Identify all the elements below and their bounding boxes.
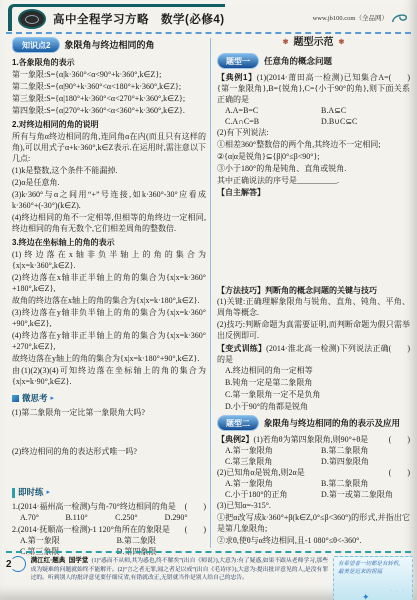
quadrant4-formula: 第四象限:S={α|270°+k·360°<α<360°+k·360°,k∈Z}… [12, 105, 206, 116]
method-skill-label: 【方法技巧】 [217, 286, 265, 295]
example1-label: 【典例1】 [217, 73, 257, 82]
axis-case1: (1)终边落在x轴非负半轴上的角的集合为{x|x=k·360°,k∈Z}. [12, 249, 206, 271]
option-b: B.第二象限角 [321, 445, 410, 456]
section2-note1: (1)k是整数,这个条件不能漏掉. [12, 165, 206, 176]
option-a: A.A=B=C [225, 105, 321, 116]
column-divider [210, 38, 211, 548]
drill-q2-options: A.第一象限 B.第二象限 C.第三象限 D.第四象限 [12, 535, 206, 557]
example2-q2-options: A.第一象限角 B.第二象限角 C.小于180°的正角 D.第一或第二象限角 [217, 478, 410, 500]
site-url: www.jb100.com（全品网） [313, 13, 388, 22]
example2-q3-part2: ②求θ,使θ与α终边相同,且-1 080°≤θ<-360°. [217, 535, 410, 546]
option-b: B.第二象限角 [321, 478, 410, 489]
micro-think-badge: 微思考 [22, 393, 48, 404]
method-skill-title: 判断角的概念问题的关键与技巧 [265, 286, 377, 295]
section1-title: 1.各象限角的表示 [12, 57, 206, 68]
option-c: C.第三象限角 [225, 456, 321, 467]
fill-blank-line: 其中正确说法的序号是__________. [217, 175, 410, 186]
think-icon [12, 395, 19, 402]
section2-note3: (3)k·360°与α之间用“+”号连接,如k·360°-30°应看成k·360… [12, 189, 206, 211]
star-icon: ✦ [362, 593, 370, 600]
statement-1: ①相差360°整数倍的两个角,其终边不一定相同; [217, 139, 410, 150]
demo-section-header: ✾ 题型示范 ✾ [217, 37, 410, 48]
flower-deco-icon: ✾ [339, 37, 345, 48]
drill-q2-answer-blank: ( ) [185, 524, 206, 535]
statement-3: ③小于180°的角是钝角、直角或锐角. [217, 163, 410, 174]
demo-column: ✾ 题型示范 ✾ 题型一 任意角的概念问题 ( ) 【典例1】(1)(2014·… [217, 37, 410, 547]
option-a: A.第一象限 [20, 535, 117, 546]
option-b: B.110° [65, 512, 115, 523]
option-d: D.第一或第二象限角 [321, 489, 410, 500]
axis-case3: (3)终边落在y轴非负半轴上的角的集合为{x|x=k·360°+90°,k∈Z}… [12, 307, 206, 329]
drill-question-1: 1.(2014·福州高一检测)与角-70°终边相同的角是 ( ) [12, 501, 206, 512]
option-b: B.A⊆C [321, 105, 410, 116]
flower-deco-icon: ✾ [283, 37, 289, 48]
self-answer-label: 【自主解答】 [217, 187, 410, 198]
option-d: D.小于90°的角都是锐角 [217, 401, 410, 412]
instant-drill-badge: 即时练 [18, 487, 44, 498]
think-question-2: (2)终边相同的角的表达形式唯一吗? [12, 446, 206, 457]
footer-divider [6, 551, 411, 553]
axis-case4: (4)终边落在y轴非正半轴上的角的集合为{x|x=k·360°+270°,k∈Z… [12, 330, 206, 352]
option-a: A.第一象限角 [225, 445, 321, 456]
type2-title: 象限角与终边相同的角的表示及应用 [264, 418, 400, 429]
example2-q2: ( ) (2)已知角α是锐角,则2α是 [217, 467, 410, 478]
variation-answer-blank: ( ) [389, 343, 410, 354]
axis-summary: 由(1)(2)(3)(4)可知终边落在坐标轴上的角的集合为{x|x=k·90°,… [12, 365, 206, 387]
knowledge-point-header: 知识点2 象限角与终边相同的角 [12, 37, 206, 53]
variation-label: 【变式训练】 [217, 344, 266, 353]
example2-q3: (3)已知α=-315°. [217, 500, 410, 511]
skill-tip: (2)技巧:判断命题为真需要证明,而判断命题为假只需举出反例即可. [217, 319, 410, 341]
bookmark-bar-icon [12, 488, 15, 498]
quadrant3-formula: 第三象限:S={α|180°+k·360°<α<270°+k·360°,k∈Z}… [12, 93, 206, 104]
section2-note2: (2)α是任意角. [12, 177, 206, 188]
type2-badge: 题型二 [217, 415, 259, 431]
axis-case4b: 故终边落在y轴上的角的集合为{x|x=k·180°+90°,k∈Z}. [12, 353, 206, 364]
axis-case2b: 故角的终边落在x轴上的角的集合为{x|x=k·180°,k∈Z}. [12, 295, 206, 306]
option-a: A.70° [20, 512, 65, 523]
option-d: D.290° [165, 512, 206, 523]
knowledge-point-badge: 知识点2 [12, 37, 60, 53]
footer-note: 满江红·题典 国学堂 (1)“惑而不从师,其为惑也,终不解矣”(出自《师说》),… [31, 556, 328, 583]
textbook-page: 高中全程学习方略 数学(必修4) www.jb100.com（全品网） 知识点2… [0, 0, 417, 600]
option-c: C.250° [115, 512, 165, 523]
option-c: C.A∩C=B [225, 116, 321, 127]
corner-note-line2: 最美是迟来的祝福 [338, 568, 408, 576]
example2-q1-options: A.第一象限角 B.第二象限角 C.第三象限角 D.第四象限角 [217, 445, 410, 467]
example2-q1-answer-blank: ( ) [389, 434, 410, 445]
drill-q2-stem: 2.(2014·抚顺高一检测)-1 120°角所在的象限是 [12, 524, 170, 535]
drill-q1-options: A.70° B.110° C.250° D.290° [12, 512, 206, 523]
type1-badge: 题型一 [217, 53, 259, 69]
header-brand: 高中全程学习方略 数学(必修4) [8, 4, 225, 31]
knowledge-column: 知识点2 象限角与终边相同的角 1.各象限角的表示 第一象限:S={α|k·36… [12, 37, 206, 557]
type2-header: 题型二 象限角与终边相同的角的表示及应用 [217, 415, 410, 431]
header-site: www.jb100.com（全品网） [313, 11, 409, 24]
option-d: D.第四象限角 [321, 456, 410, 467]
header-divider [6, 32, 411, 34]
logo-inner-ring [25, 15, 39, 24]
statement-2: ②{α|α是锐角}⊆{β|0°≤β<90°}; [217, 151, 410, 162]
example2-q3-part1: ①把α改写成k·360°+β(k∈Z,0°≤β<360°)的形式,并指出它是第几… [217, 512, 410, 534]
method-skill-block: 【方法技巧】判断角的概念问题的关键与技巧 [217, 285, 410, 296]
axis-case2: (2)终边落在x轴非正半轴上的角的集合为{x|x=k·360°+180°,k∈Z… [12, 272, 206, 294]
example2-q1-text: (1)若角θ为第四象限角,则90°+θ是 [253, 435, 368, 444]
example2-label: 【典例2】 [217, 435, 253, 444]
drill-q1-stem: 1.(2014·福州高一检测)与角-70°终边相同的角是 [12, 501, 176, 512]
micro-think-header: 微思考 ▸ [12, 393, 206, 404]
example1-options: A.A=B=C B.A⊆C C.A∩C=B D.B∪C⊆C [217, 105, 410, 127]
footer-column-label: 满江红·题典 [31, 557, 66, 564]
publisher-logo-icon [18, 9, 46, 29]
instant-drill-header: 即时练 ▸ [12, 487, 206, 498]
type1-header: 题型一 任意角的概念问题 [217, 53, 410, 69]
type1-title: 任意角的概念问题 [264, 56, 332, 67]
knowledge-point-title: 象限角与终边相同的角 [64, 40, 154, 51]
option-a: A.终边相同的角一定相等 [217, 365, 410, 376]
example2-q1: ( ) 【典例2】(1)若角θ为第四象限角,则90°+θ是 [217, 434, 410, 445]
book-title: 高中全程学习方略 数学(必修4) [53, 11, 225, 27]
dots-deco-icon: ·﹒· [390, 587, 406, 595]
example2-q2-text: (2)已知角α是锐角,则2α是 [217, 468, 305, 477]
example1-part2: (2)有下列说法: [217, 127, 410, 138]
example1-stem: ( ) 【典例1】(1)(2014·莆田高一检测)已知集合A={第一象限角},B… [217, 72, 410, 105]
section2-note4: (4)终边相同的角不一定相等,但相等的角终边一定相同,终边相同的角有无数个,它们… [12, 212, 206, 234]
section3-title: 3.终边在坐标轴上的角的表示 [12, 237, 206, 248]
demo-section-title: 题型示范 [294, 37, 334, 48]
triangle-icon: ▸ [47, 487, 51, 498]
quadrant1-formula: 第一象限:S={α|k·360°<α<90°+k·360°,k∈Z}; [12, 69, 206, 80]
quadrant2-formula: 第二象限:S={α|90°+k·360°<α<180°+k·360°,k∈Z}; [12, 81, 206, 92]
option-c: C.小于180°的正角 [225, 489, 321, 500]
section2-title: 2.对终边相同的角的说明 [12, 119, 206, 130]
corner-note-line1: 有希望者一切都是有转机, [338, 560, 408, 568]
example1-answer-blank: ( ) [389, 72, 410, 83]
example2-q2-answer-blank: ( ) [389, 467, 410, 478]
footer-column-tag: 国学堂 [69, 557, 89, 564]
answer-blank-space [217, 199, 410, 285]
page-header: 高中全程学习方略 数学(必修4) www.jb100.com（全品网） [8, 5, 409, 30]
section2-intro: 所有与角α终边相同的角,连同角α在内(而且只有这样的角),可以用式子α+k·36… [12, 131, 206, 164]
page-number-wrap: 2 [6, 556, 26, 572]
page-footer: 2 满江红·题典 国学堂 (1)“惑而不从师,其为惑也,终不解矣”(出自《师说》… [6, 556, 413, 598]
variation-stem: ( ) 【变式训练】(2014·淮北高一检测)下列说法正确的是 [217, 343, 410, 365]
page-number-swirl-icon [10, 556, 26, 572]
option-c: C.第一象限角一定不是负角 [217, 389, 410, 400]
option-d: D.B∪C⊆C [321, 116, 410, 127]
decorative-note-box: 有希望者一切都是有转机, 最美是迟来的祝福 ✦ ·﹒· [333, 556, 413, 600]
think-question-1: (1)第二象限角一定比第一象限角大吗? [12, 407, 206, 418]
drill-question-2: 2.(2014·抚顺高一检测)-1 120°角所在的象限是 ( ) [12, 524, 206, 535]
option-b: B.钝角一定是第二象限角 [217, 377, 410, 388]
option-a: A.第一象限角 [225, 478, 321, 489]
triangle-icon: ▸ [51, 393, 55, 404]
skill-key: (1)关键:正确理解象限角与锐角、直角、钝角、平角、周角等概念. [217, 296, 410, 318]
option-b: B.第二象限 [117, 535, 206, 546]
swirl-icon [391, 11, 409, 24]
drill-q1-answer-blank: ( ) [185, 501, 206, 512]
